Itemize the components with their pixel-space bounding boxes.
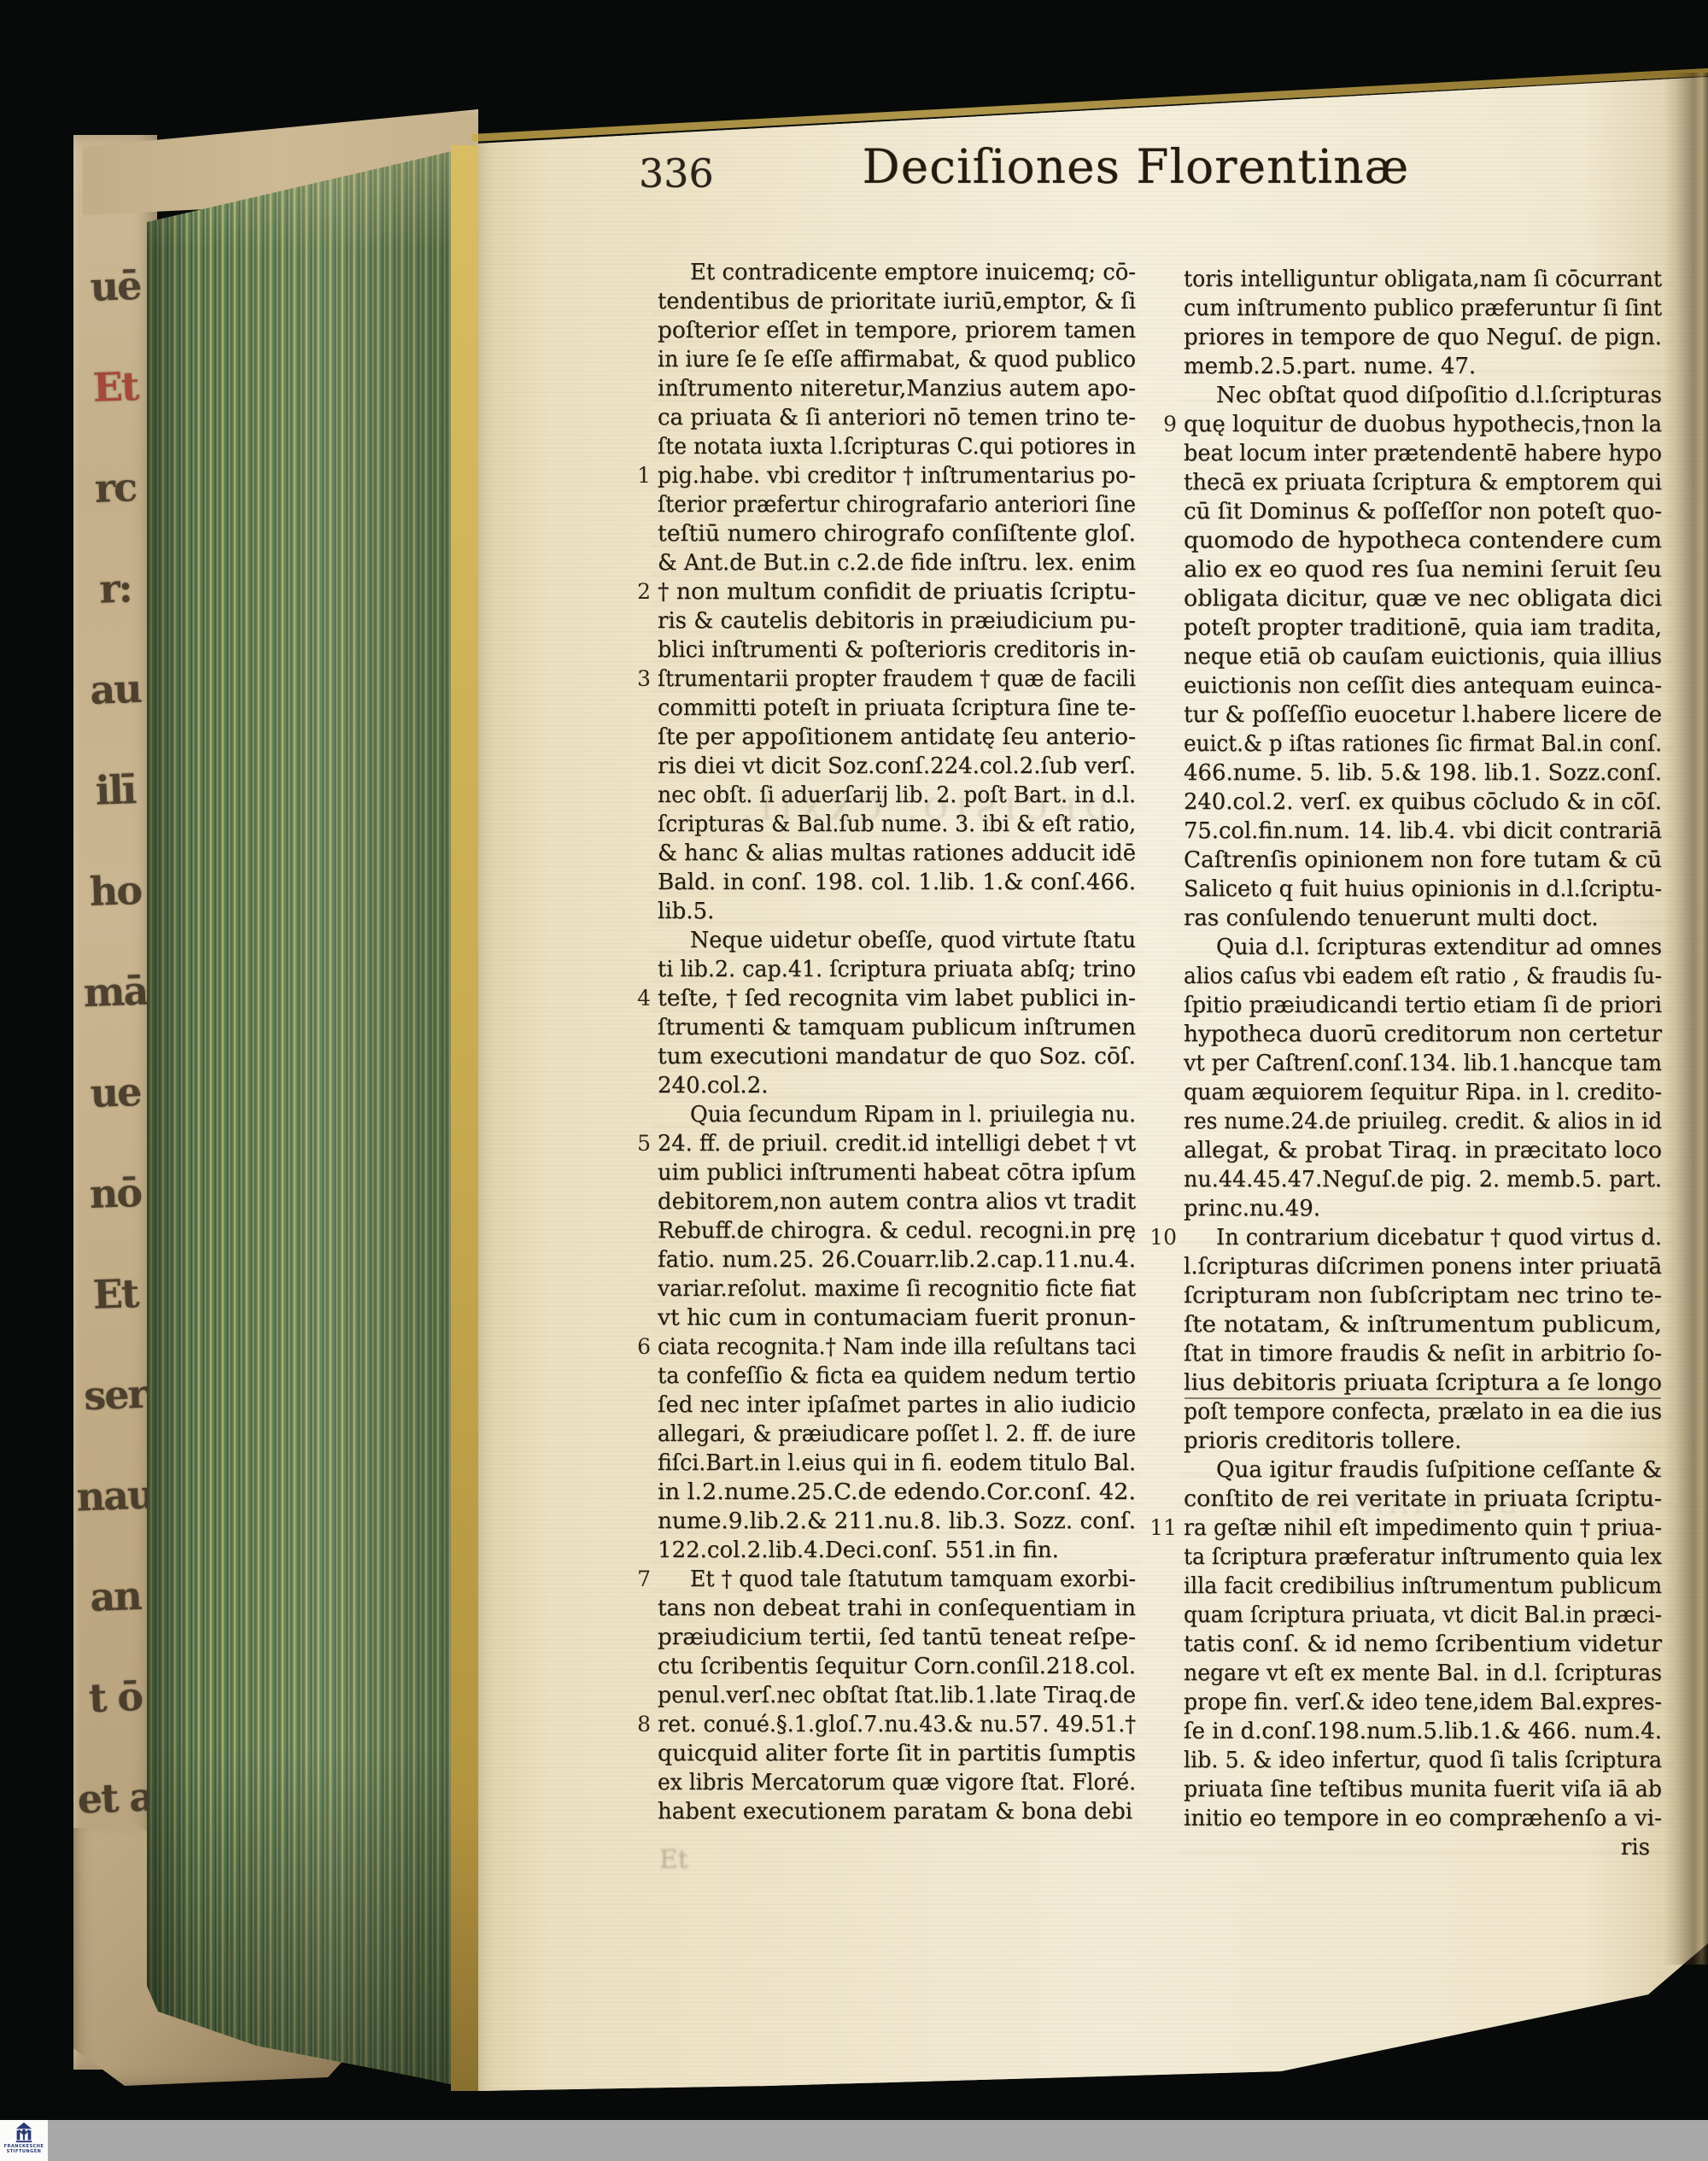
text-line: l.ſcripturas diſcrimen ponens inter priu… xyxy=(1184,1252,1662,1281)
line-text: ta confeſſio & ficta ea quidem nedum ter… xyxy=(658,1362,1136,1391)
line-text: & hanc & alias multas rationes adducit i… xyxy=(658,839,1136,868)
line-text: Bald. in conſ. 198. col. 1.lib. 1.& conſ… xyxy=(658,868,1136,897)
blackletter-fragment: nō xyxy=(72,1141,159,1244)
line-text: poſterior eſſet in tempore, priorem tame… xyxy=(658,316,1136,345)
text-line: 4teſte, † ſed recognita vim labet public… xyxy=(658,984,1136,1013)
line-text: ctu ſcribentis ſequitur Corn.conſil.218.… xyxy=(658,1652,1136,1681)
blackletter-fragment: Et xyxy=(72,1242,159,1345)
blackletter-fragment: an xyxy=(72,1544,159,1648)
line-text: Quia d.l. ſcripturas extenditur ad omnes xyxy=(1216,933,1662,962)
text-line: ex libris Mercatorum quæ vigore ſtat. Fl… xyxy=(658,1768,1136,1797)
line-text: quicquid aliter forte ſit in partitis ſu… xyxy=(658,1739,1136,1768)
text-line: alio ex eo quod res ſua nemini ſeruit ſe… xyxy=(1184,555,1662,584)
text-line: 122.col.2.lib.4.Deci.conſ. 551.in fin. xyxy=(658,1536,1136,1565)
line-text: conſtito de rei veritate in priuata ſcri… xyxy=(1184,1485,1662,1514)
line-text: alios caſus vbi eadem eſt ratio , & frau… xyxy=(1184,962,1662,991)
line-text: vt per Caſtrenſ.conſ.134. lib.1.hancque … xyxy=(1184,1049,1662,1078)
text-line: tur & poſſeſſio euocetur l.habere licere… xyxy=(1184,700,1662,729)
text-line: teſtiū numero chirografo conſiſtente glo… xyxy=(658,519,1136,548)
text-column-left: Et contradicente emptore inuicemq; cō-te… xyxy=(658,258,1136,1826)
text-line: hypotheca duorū creditorum non certetur xyxy=(1184,1020,1662,1049)
line-text: teſtiū numero chirografo conſiſtente glo… xyxy=(658,519,1136,548)
text-line: beat locum inter prætendentē habere hypo xyxy=(1184,439,1662,468)
franckesche-stiftungen-icon xyxy=(14,2122,34,2144)
line-text: Neque uidetur obeſſe, quod virtute ſtatu xyxy=(690,926,1136,955)
text-line: res nume.24.de priuileg. credit. & alios… xyxy=(1184,1107,1662,1136)
line-text: variar.reſolut. maxime ſi recognitio fic… xyxy=(658,1274,1136,1303)
margin-number: 11 xyxy=(1144,1514,1177,1543)
fore-edge-pages xyxy=(147,141,478,2097)
text-line: ſterior præfertur chirografario anterior… xyxy=(658,490,1136,519)
text-line: ta confeſſio & ficta ea quidem nedum ter… xyxy=(658,1362,1136,1391)
text-line: ca priuata & ſi anteriori nō temen trino… xyxy=(658,403,1136,432)
text-line: prioris creditoris tollere. xyxy=(1184,1426,1662,1455)
line-text: quę loquitur de duobus hypothecis,†non l… xyxy=(1184,410,1662,439)
line-text: nu.44.45.47.Neguſ.de pig. 2. memb.5. par… xyxy=(1184,1165,1662,1194)
page-title: Deciſiones Florentinæ xyxy=(811,139,1460,194)
line-text: tur & poſſeſſio euocetur l.habere licere… xyxy=(1184,700,1662,729)
line-text: obligata dicitur, quæ ve nec obligata di… xyxy=(1184,584,1662,613)
margin-number: 4 xyxy=(618,984,651,1013)
text-line: cū ſit Dominus & poſſeſſor non poteſt qu… xyxy=(1184,497,1662,526)
text-line: ſcripturam non ſubſcriptam nec trino te- xyxy=(1184,1281,1662,1310)
line-text: ſe in d.conſ.198.num.5.lib.1.& 466. num.… xyxy=(1184,1717,1662,1746)
line-text: 240.col.2. xyxy=(658,1071,769,1100)
text-line: 10In contrarium dicebatur † quod virtus … xyxy=(1184,1223,1662,1252)
scan-gray-strip xyxy=(48,2120,1708,2161)
line-text: habent executionem paratam & bona debi xyxy=(658,1797,1132,1826)
line-text: Nec obſtat quod diſpoſitio d.l.ſcriptura… xyxy=(1216,381,1662,410)
scan-footer-bar: FRANCKESCHE STIFTUNGEN xyxy=(0,2120,1708,2161)
line-text: cū ſit Dominus & poſſeſſor non poteſt qu… xyxy=(1184,497,1662,526)
text-line: præiudicium tertii, ſed tantū teneat reſ… xyxy=(658,1623,1136,1652)
text-line: Et contradicente emptore inuicemq; cō- xyxy=(658,258,1136,287)
text-line: lius debitoris priuata ſcriptura a ſe lo… xyxy=(1184,1368,1662,1397)
line-text: ſte per appoſitionem antidatę ſeu anteri… xyxy=(658,723,1136,752)
book-scan: cauēEtrcr:auilīhomāuenōEtsernauant ōet a… xyxy=(0,0,1708,2161)
line-text: In contrarium dicebatur † quod virtus d. xyxy=(1216,1223,1662,1252)
text-line: Saliceto q fuit huius opinionis in d.l.ſ… xyxy=(1184,875,1662,904)
text-line: thecā ex priuata ſcriptura & emptorem qu… xyxy=(1184,468,1662,497)
line-text: ſpitio præiudicandi tertio etiam ſi de p… xyxy=(1184,991,1662,1020)
line-text: 466.nume. 5. lib. 5.& 198. lib.1. Sozz.c… xyxy=(1184,758,1662,788)
text-line: Nec obſtat quod diſpoſitio d.l.ſcriptura… xyxy=(1184,381,1662,410)
text-line: ſte notata iuxta l.ſcripturas C.qui poti… xyxy=(658,432,1136,461)
line-text: blici inſtrumenti & poſterioris creditor… xyxy=(658,635,1136,665)
text-line: quomodo de hypotheca contendere cum xyxy=(1184,526,1662,555)
text-line: prope fin. verſ.& ideo tene,idem Bal.exp… xyxy=(1184,1688,1662,1717)
text-line: 1pig.habe. vbi creditor † inſtrumentariu… xyxy=(658,461,1136,490)
line-text: Rebuff.de chirogra. & cedul. recogni.in … xyxy=(658,1216,1136,1245)
text-line: & Ant.de But.in c.2.de fide inſtru. lex.… xyxy=(658,548,1136,577)
line-text: 122.col.2.lib.4.Deci.conſ. 551.in fin. xyxy=(658,1536,1059,1565)
text-line: Qua igitur fraudis ſuſpitione ceſſante & xyxy=(1184,1455,1662,1485)
line-text: ras conſulendo tenuerunt multi doct. xyxy=(1184,904,1599,933)
text-line: ris diei vt dicit Soz.conſ.224.col.2.ſub… xyxy=(658,752,1136,781)
line-text: Et † quod tale ſtatutum tamquam exorbi- xyxy=(690,1565,1136,1594)
text-line: poteſt propter traditionē, quia iam trad… xyxy=(1184,613,1662,642)
line-text: neque etiā ob cauſam euictionis, quia il… xyxy=(1184,642,1662,671)
line-text: Caſtrenſis opinionem non fore tutam & cū xyxy=(1184,846,1662,875)
line-text: ris diei vt dicit Soz.conſ.224.col.2.ſub… xyxy=(658,752,1136,781)
text-line: ſpitio præiudicandi tertio etiam ſi de p… xyxy=(1184,991,1662,1020)
text-line: inſtrumento niteretur,Manzius autem apo- xyxy=(658,374,1136,403)
text-line: priuata ſine teſtibus munita fuerit viſa… xyxy=(1184,1775,1662,1804)
text-line: 3ſtrumentarii propter fraudem † quæ de f… xyxy=(658,665,1136,694)
line-text: ſcripturam non ſubſcriptam nec trino te- xyxy=(1184,1281,1662,1310)
text-line: 240.col.2. xyxy=(658,1071,1136,1100)
line-text: ris & cautelis debitoris in præiudicium … xyxy=(658,606,1136,635)
line-text: ſte notata iuxta l.ſcripturas C.qui poti… xyxy=(658,432,1136,461)
blackletter-fragment: t ō xyxy=(72,1645,159,1748)
line-text: 240.col.2. verſ. ex quibus cōcludo & in … xyxy=(1184,788,1662,817)
text-line: quam ſcriptura priuata, vt dicit Bal.in … xyxy=(1184,1601,1662,1630)
text-line: Neque uidetur obeſſe, quod virtute ſtatu xyxy=(658,926,1136,955)
line-text: pig.habe. vbi creditor † inſtrumentarius… xyxy=(658,461,1136,490)
text-line: ſtrumenti & tamquam publicum inſtrumen xyxy=(658,1013,1136,1042)
line-text: in iure ſe ſe eſſe affirmabat, & quod pu… xyxy=(658,345,1136,374)
text-line: nec obſt. ſi aduerſarij lib. 2. poſt Bar… xyxy=(658,781,1136,810)
line-text: initio eo tempore in eo compræhenſo a vi… xyxy=(1184,1804,1662,1833)
text-line: 466.nume. 5. lib. 5.& 198. lib.1. Sozz.c… xyxy=(1184,758,1662,788)
blackletter-fragment: mā xyxy=(72,940,159,1043)
logo-text-line2: STIFTUNGEN xyxy=(0,2149,48,2154)
line-text: prioris creditoris tollere. xyxy=(1184,1426,1461,1455)
margin-number: 2 xyxy=(618,577,651,606)
text-line: in l.2.nume.25.C.de edendo.Cor.conſ. 42. xyxy=(658,1478,1136,1507)
text-line: quam æquiorem ſequitur Ripa. in l. credi… xyxy=(1184,1078,1662,1107)
line-text: ti lib.2. cap.41. ſcriptura priuata abſq… xyxy=(658,955,1136,984)
text-line: tatis conſ. & id nemo ſcribentium videtu… xyxy=(1184,1630,1662,1659)
text-line: Quia ſecundum Ripam in l. priuilegia nu. xyxy=(658,1100,1136,1129)
text-line: 524. ff. de priuil. credit.id intelligi … xyxy=(658,1129,1136,1158)
text-line: cum inſtrumento publico præferuntur ſi ſ… xyxy=(1184,294,1662,323)
line-text: poteſt propter traditionē, quia iam trad… xyxy=(1184,613,1662,642)
blackletter-fragment: rc xyxy=(72,436,159,539)
text-line: allegat, & probat Tiraq. in præcitato lo… xyxy=(1184,1136,1662,1165)
text-line: blici inſtrumenti & poſterioris creditor… xyxy=(658,635,1136,665)
parchment-spine: cauēEtrcr:auilīhomāuenōEtsernauant ōet a… xyxy=(73,135,157,2070)
margin-number: 8 xyxy=(618,1710,651,1739)
line-text: cum inſtrumento publico præferuntur ſi ſ… xyxy=(1184,294,1662,323)
text-line: ſed nec inter ipſaſmet partes in alio iu… xyxy=(658,1391,1136,1420)
text-line: lib. 5. & ideo infertur, quod ſi talis ſ… xyxy=(1184,1746,1662,1775)
line-text: lius debitoris priuata ſcriptura a ſe lo… xyxy=(1184,1368,1662,1397)
line-text: nume.9.lib.2.& 211.nu.8. lib.3. Sozz. co… xyxy=(658,1507,1136,1536)
text-line: conſtito de rei veritate in priuata ſcri… xyxy=(1184,1485,1662,1514)
line-text: ſed nec inter ipſaſmet partes in alio iu… xyxy=(658,1391,1136,1420)
line-text: nec obſt. ſi aduerſarij lib. 2. poſt Bar… xyxy=(658,781,1136,810)
text-line: ſtat in timore fraudis & neſit in arbitr… xyxy=(1184,1339,1662,1368)
text-line: ſte notatam, & inſtrumentum publicum, xyxy=(1184,1310,1662,1339)
text-line: memb.2.5.part. nume. 47. xyxy=(1184,352,1662,381)
text-column-right: toris intelliguntur obligata,nam ſi cōcu… xyxy=(1184,265,1662,1862)
line-text: Qua igitur fraudis ſuſpitione ceſſante & xyxy=(1216,1455,1662,1485)
text-line: ras conſulendo tenuerunt multi doct. xyxy=(1184,904,1662,933)
margin-number: 10 xyxy=(1144,1223,1177,1252)
text-line: tans non debeat trahi in conſequentiam i… xyxy=(658,1594,1136,1623)
line-text: ca priuata & ſi anteriori nō temen trino… xyxy=(658,403,1136,432)
line-text: ſtrumenti & tamquam publicum inſtrumen xyxy=(658,1013,1136,1042)
text-line: euict.& p iſtas rationes ſic firmat Bal.… xyxy=(1184,729,1662,758)
text-line: euictionis non ceſſit dies antequam euin… xyxy=(1184,671,1662,700)
text-line: fiſci.Bart.in l.eius qui in fi. eodem ti… xyxy=(658,1449,1136,1478)
text-line: princ.nu.49. xyxy=(1184,1194,1662,1223)
ghost-text: Et xyxy=(659,1845,688,1875)
line-text: euict.& p iſtas rationes ſic firmat Bal.… xyxy=(1184,729,1662,758)
line-text: ris xyxy=(1621,1833,1650,1862)
line-text: princ.nu.49. xyxy=(1184,1194,1320,1223)
line-text: lib.5. xyxy=(658,897,714,926)
line-text: allegari, & præiudicare poſſet l. 2. ff.… xyxy=(658,1420,1136,1449)
line-text: vt hic cum in contumaciam fuerit pronun- xyxy=(658,1303,1136,1332)
blackletter-fragment: uē xyxy=(72,234,159,337)
line-text: res nume.24.de priuileg. credit. & alios… xyxy=(1184,1107,1662,1136)
margin-number: 5 xyxy=(618,1129,651,1158)
text-line: penul.verſ.nec obſtat ſtat.lib.1.late Ti… xyxy=(658,1681,1136,1710)
line-text: negare vt eſt ex mente Bal. in d.l. ſcri… xyxy=(1184,1659,1662,1688)
line-text: † non multum confidit de priuatis ſcript… xyxy=(658,577,1136,606)
line-text: allegat, & probat Tiraq. in præcitato lo… xyxy=(1184,1136,1662,1165)
text-line: Quia d.l. ſcripturas extenditur ad omnes xyxy=(1184,933,1662,962)
line-text: tans non debeat trahi in conſequentiam i… xyxy=(658,1594,1136,1623)
text-line: habent executionem paratam & bona debi xyxy=(658,1797,1136,1826)
line-text: fiſci.Bart.in l.eius qui in fi. eodem ti… xyxy=(658,1449,1136,1478)
line-text: alio ex eo quod res ſua nemini ſeruit ſe… xyxy=(1184,555,1662,584)
margin-number: 7 xyxy=(618,1565,651,1594)
blackletter-fragment: au xyxy=(72,637,159,741)
line-text: Quia ſecundum Ripam in l. priuilegia nu. xyxy=(690,1100,1136,1129)
line-text: ex libris Mercatorum quæ vigore ſtat. Fl… xyxy=(658,1768,1136,1797)
text-line: Rebuff.de chirogra. & cedul. recogni.in … xyxy=(658,1216,1136,1245)
line-text: tatis conſ. & id nemo ſcribentium videtu… xyxy=(1184,1630,1662,1659)
text-line: initio eo tempore in eo compræhenſo a vi… xyxy=(1184,1804,1662,1833)
text-line: ſcripturas & Bal.ſub nume. 3. ibi & eſt … xyxy=(658,810,1136,839)
page-number: 336 xyxy=(639,150,714,196)
margin-number: 9 xyxy=(1144,410,1177,439)
line-text: 75.col.fin.num. 14. lib.4. vbi dicit con… xyxy=(1184,817,1662,846)
line-text: Saliceto q fuit huius opinionis in d.l.ſ… xyxy=(1184,875,1662,904)
line-text: teſte, † ſed recognita vim labet publici… xyxy=(658,984,1136,1013)
line-text: poſt tempore confecta, prælato in ea die… xyxy=(1184,1397,1662,1426)
blackletter-fragment: ue xyxy=(72,1040,159,1144)
line-text: ſte notatam, & inſtrumentum publicum, xyxy=(1184,1310,1662,1339)
line-text: priuata ſine teſtibus munita fuerit viſa… xyxy=(1184,1775,1662,1804)
text-line: 11ra geſtæ nihil eſt impedimento quin † … xyxy=(1184,1514,1662,1543)
text-line: alios caſus vbi eadem eſt ratio , & frau… xyxy=(1184,962,1662,991)
text-line: in iure ſe ſe eſſe affirmabat, & quod pu… xyxy=(658,345,1136,374)
line-text: quomodo de hypotheca contendere cum xyxy=(1184,526,1662,555)
blackletter-fragment: ilī xyxy=(72,738,159,841)
text-line: ta ſcriptura præferatur inſtrumento quia… xyxy=(1184,1543,1662,1572)
margin-number: 3 xyxy=(618,665,651,694)
line-text: præiudicium tertii, ſed tantū teneat reſ… xyxy=(658,1623,1136,1652)
text-line: debitorem,non autem contra alios vt trad… xyxy=(658,1187,1136,1216)
line-text: & Ant.de But.in c.2.de fide inſtru. lex.… xyxy=(658,548,1136,577)
text-line: 6ciata recognita.† Nam inde illa reſulta… xyxy=(658,1332,1136,1362)
text-line: Caſtrenſis opinionem non fore tutam & cū xyxy=(1184,846,1662,875)
line-text: illa facit credibilius inſtrumentum publ… xyxy=(1184,1572,1662,1601)
line-text: hypotheca duorū creditorum non certetur xyxy=(1184,1020,1662,1049)
blackletter-fragment: ho xyxy=(72,839,159,942)
line-text: lib. 5. & ideo infertur, quod ſi talis ſ… xyxy=(1184,1746,1662,1775)
blackletter-fragment: nau xyxy=(72,1444,159,1547)
line-text: tendentibus de prioritate iuriū,emptor, … xyxy=(658,287,1136,316)
text-line: 75.col.fin.num. 14. lib.4. vbi dicit con… xyxy=(1184,817,1662,846)
line-text: prope fin. verſ.& ideo tene,idem Bal.exp… xyxy=(1184,1688,1662,1717)
text-line: priores in tempore de quo Neguſ. de pign… xyxy=(1184,323,1662,352)
line-text: beat locum inter prætendentē habere hypo xyxy=(1184,439,1662,468)
text-line: lib.5. xyxy=(658,897,1136,926)
line-text: priores in tempore de quo Neguſ. de pign… xyxy=(1184,323,1662,352)
text-line: 2† non multum confidit de priuatis ſcrip… xyxy=(658,577,1136,606)
text-line: fatio. num.25. 26.Couarr.lib.2.cap.11.nu… xyxy=(658,1245,1136,1274)
text-line: ti lib.2. cap.41. ſcriptura priuata abſq… xyxy=(658,955,1136,984)
line-text: ta ſcriptura præferatur inſtrumento quia… xyxy=(1184,1543,1662,1572)
line-text: quam æquiorem ſequitur Ripa. in l. credi… xyxy=(1184,1078,1662,1107)
line-text: tum executioni mandatur de quo Soz. cōſ. xyxy=(658,1042,1136,1071)
text-line: variar.reſolut. maxime ſi recognitio fic… xyxy=(658,1274,1136,1303)
line-text: ſcripturas & Bal.ſub nume. 3. ibi & eſt … xyxy=(658,810,1136,839)
blackletter-fragment: Et xyxy=(72,335,159,438)
margin-number: 1 xyxy=(618,461,651,490)
line-text: ſtrumentarii propter fraudem † quæ de fa… xyxy=(658,665,1136,694)
line-text: Et contradicente emptore inuicemq; cō- xyxy=(690,258,1136,287)
text-line: 9quę loquitur de duobus hypothecis,†non … xyxy=(1184,410,1662,439)
text-line: neque etiā ob cauſam euictionis, quia il… xyxy=(1184,642,1662,671)
line-text: thecā ex priuata ſcriptura & emptorem qu… xyxy=(1184,468,1662,497)
line-text: ra geſtæ nihil eſt impedimento quin † pr… xyxy=(1184,1514,1662,1543)
line-text: toris intelliguntur obligata,nam ſi cōcu… xyxy=(1184,265,1662,294)
text-line: uim publici inſtrumenti habeat cōtra ipſ… xyxy=(658,1158,1136,1187)
text-line: ſte per appoſitionem antidatę ſeu anteri… xyxy=(658,723,1136,752)
text-line: 7Et † quod tale ſtatutum tamquam exorbi- xyxy=(658,1565,1136,1594)
line-text: quam ſcriptura priuata, vt dicit Bal.in … xyxy=(1184,1601,1662,1630)
line-text: debitorem,non autem contra alios vt trad… xyxy=(658,1187,1136,1216)
line-text: 24. ff. de priuil. credit.id intelligi d… xyxy=(658,1129,1136,1158)
text-line: tum executioni mandatur de quo Soz. cōſ. xyxy=(658,1042,1136,1071)
text-line: nu.44.45.47.Neguſ.de pig. 2. memb.5. par… xyxy=(1184,1165,1662,1194)
text-line: quicquid aliter forte ſit in partitis ſu… xyxy=(658,1739,1136,1768)
text-line: vt per Caſtrenſ.conſ.134. lib.1.hancque … xyxy=(1184,1049,1662,1078)
text-line: poſt tempore confecta, prælato in ea die… xyxy=(1184,1397,1662,1426)
leaf-edge xyxy=(451,145,480,2091)
text-line: toris intelliguntur obligata,nam ſi cōcu… xyxy=(1184,265,1662,294)
text-line: nume.9.lib.2.& 211.nu.8. lib.3. Sozz. co… xyxy=(658,1507,1136,1536)
line-text: ſterior præfertur chirografario anterior… xyxy=(658,490,1136,519)
line-text: l.ſcripturas diſcrimen ponens inter priu… xyxy=(1184,1252,1662,1281)
text-line: committi poteſt in priuata ſcriptura ſin… xyxy=(658,694,1136,723)
line-text: uim publici inſtrumenti habeat cōtra ipſ… xyxy=(658,1158,1136,1187)
line-text: committi poteſt in priuata ſcriptura ſin… xyxy=(658,694,1136,723)
text-line: 240.col.2. verſ. ex quibus cōcludo & in … xyxy=(1184,788,1662,817)
text-line: allegari, & præiudicare poſſet l. 2. ff.… xyxy=(658,1420,1136,1449)
line-text: penul.verſ.nec obſtat ſtat.lib.1.late Ti… xyxy=(658,1681,1136,1710)
text-line: vt hic cum in contumaciam fuerit pronun- xyxy=(658,1303,1136,1332)
margin-number: 6 xyxy=(618,1332,651,1362)
line-text: inſtrumento niteretur,Manzius autem apo- xyxy=(658,374,1136,403)
text-line: obligata dicitur, quæ ve nec obligata di… xyxy=(1184,584,1662,613)
line-text: in l.2.nume.25.C.de edendo.Cor.conſ. 42. xyxy=(658,1478,1136,1507)
text-line: negare vt eſt ex mente Bal. in d.l. ſcri… xyxy=(1184,1659,1662,1688)
archive-logo: FRANCKESCHE STIFTUNGEN xyxy=(0,2120,48,2161)
text-line: ctu ſcribentis ſequitur Corn.conſil.218.… xyxy=(658,1652,1136,1681)
line-text: memb.2.5.part. nume. 47. xyxy=(1184,352,1476,381)
blackletter-fragment: r: xyxy=(72,536,159,640)
text-line: Bald. in conſ. 198. col. 1.lib. 1.& conſ… xyxy=(658,868,1136,897)
text-line: tendentibus de prioritate iuriū,emptor, … xyxy=(658,287,1136,316)
text-line: ris & cautelis debitoris in præiudicium … xyxy=(658,606,1136,635)
catchword: ris xyxy=(1184,1833,1662,1862)
line-text: fatio. num.25. 26.Couarr.lib.2.cap.11.nu… xyxy=(658,1245,1136,1274)
text-line: ſe in d.conſ.198.num.5.lib.1.& 466. num.… xyxy=(1184,1717,1662,1746)
line-text: ciata recognita.† Nam inde illa reſultan… xyxy=(658,1332,1136,1362)
line-text: ret. conué.§.1.gloſ.7.nu.43.& nu.57. 49.… xyxy=(658,1710,1136,1739)
text-line: 8ret. conué.§.1.gloſ.7.nu.43.& nu.57. 49… xyxy=(658,1710,1136,1739)
text-line: poſterior eſſet in tempore, priorem tame… xyxy=(658,316,1136,345)
text-line: illa facit credibilius inſtrumentum publ… xyxy=(1184,1572,1662,1601)
line-text: euictionis non ceſſit dies antequam euin… xyxy=(1184,671,1662,700)
line-text: ſtat in timore fraudis & neſit in arbitr… xyxy=(1184,1339,1662,1368)
text-line: & hanc & alias multas rationes adducit i… xyxy=(658,839,1136,868)
blackletter-fragment: ser xyxy=(72,1343,159,1446)
